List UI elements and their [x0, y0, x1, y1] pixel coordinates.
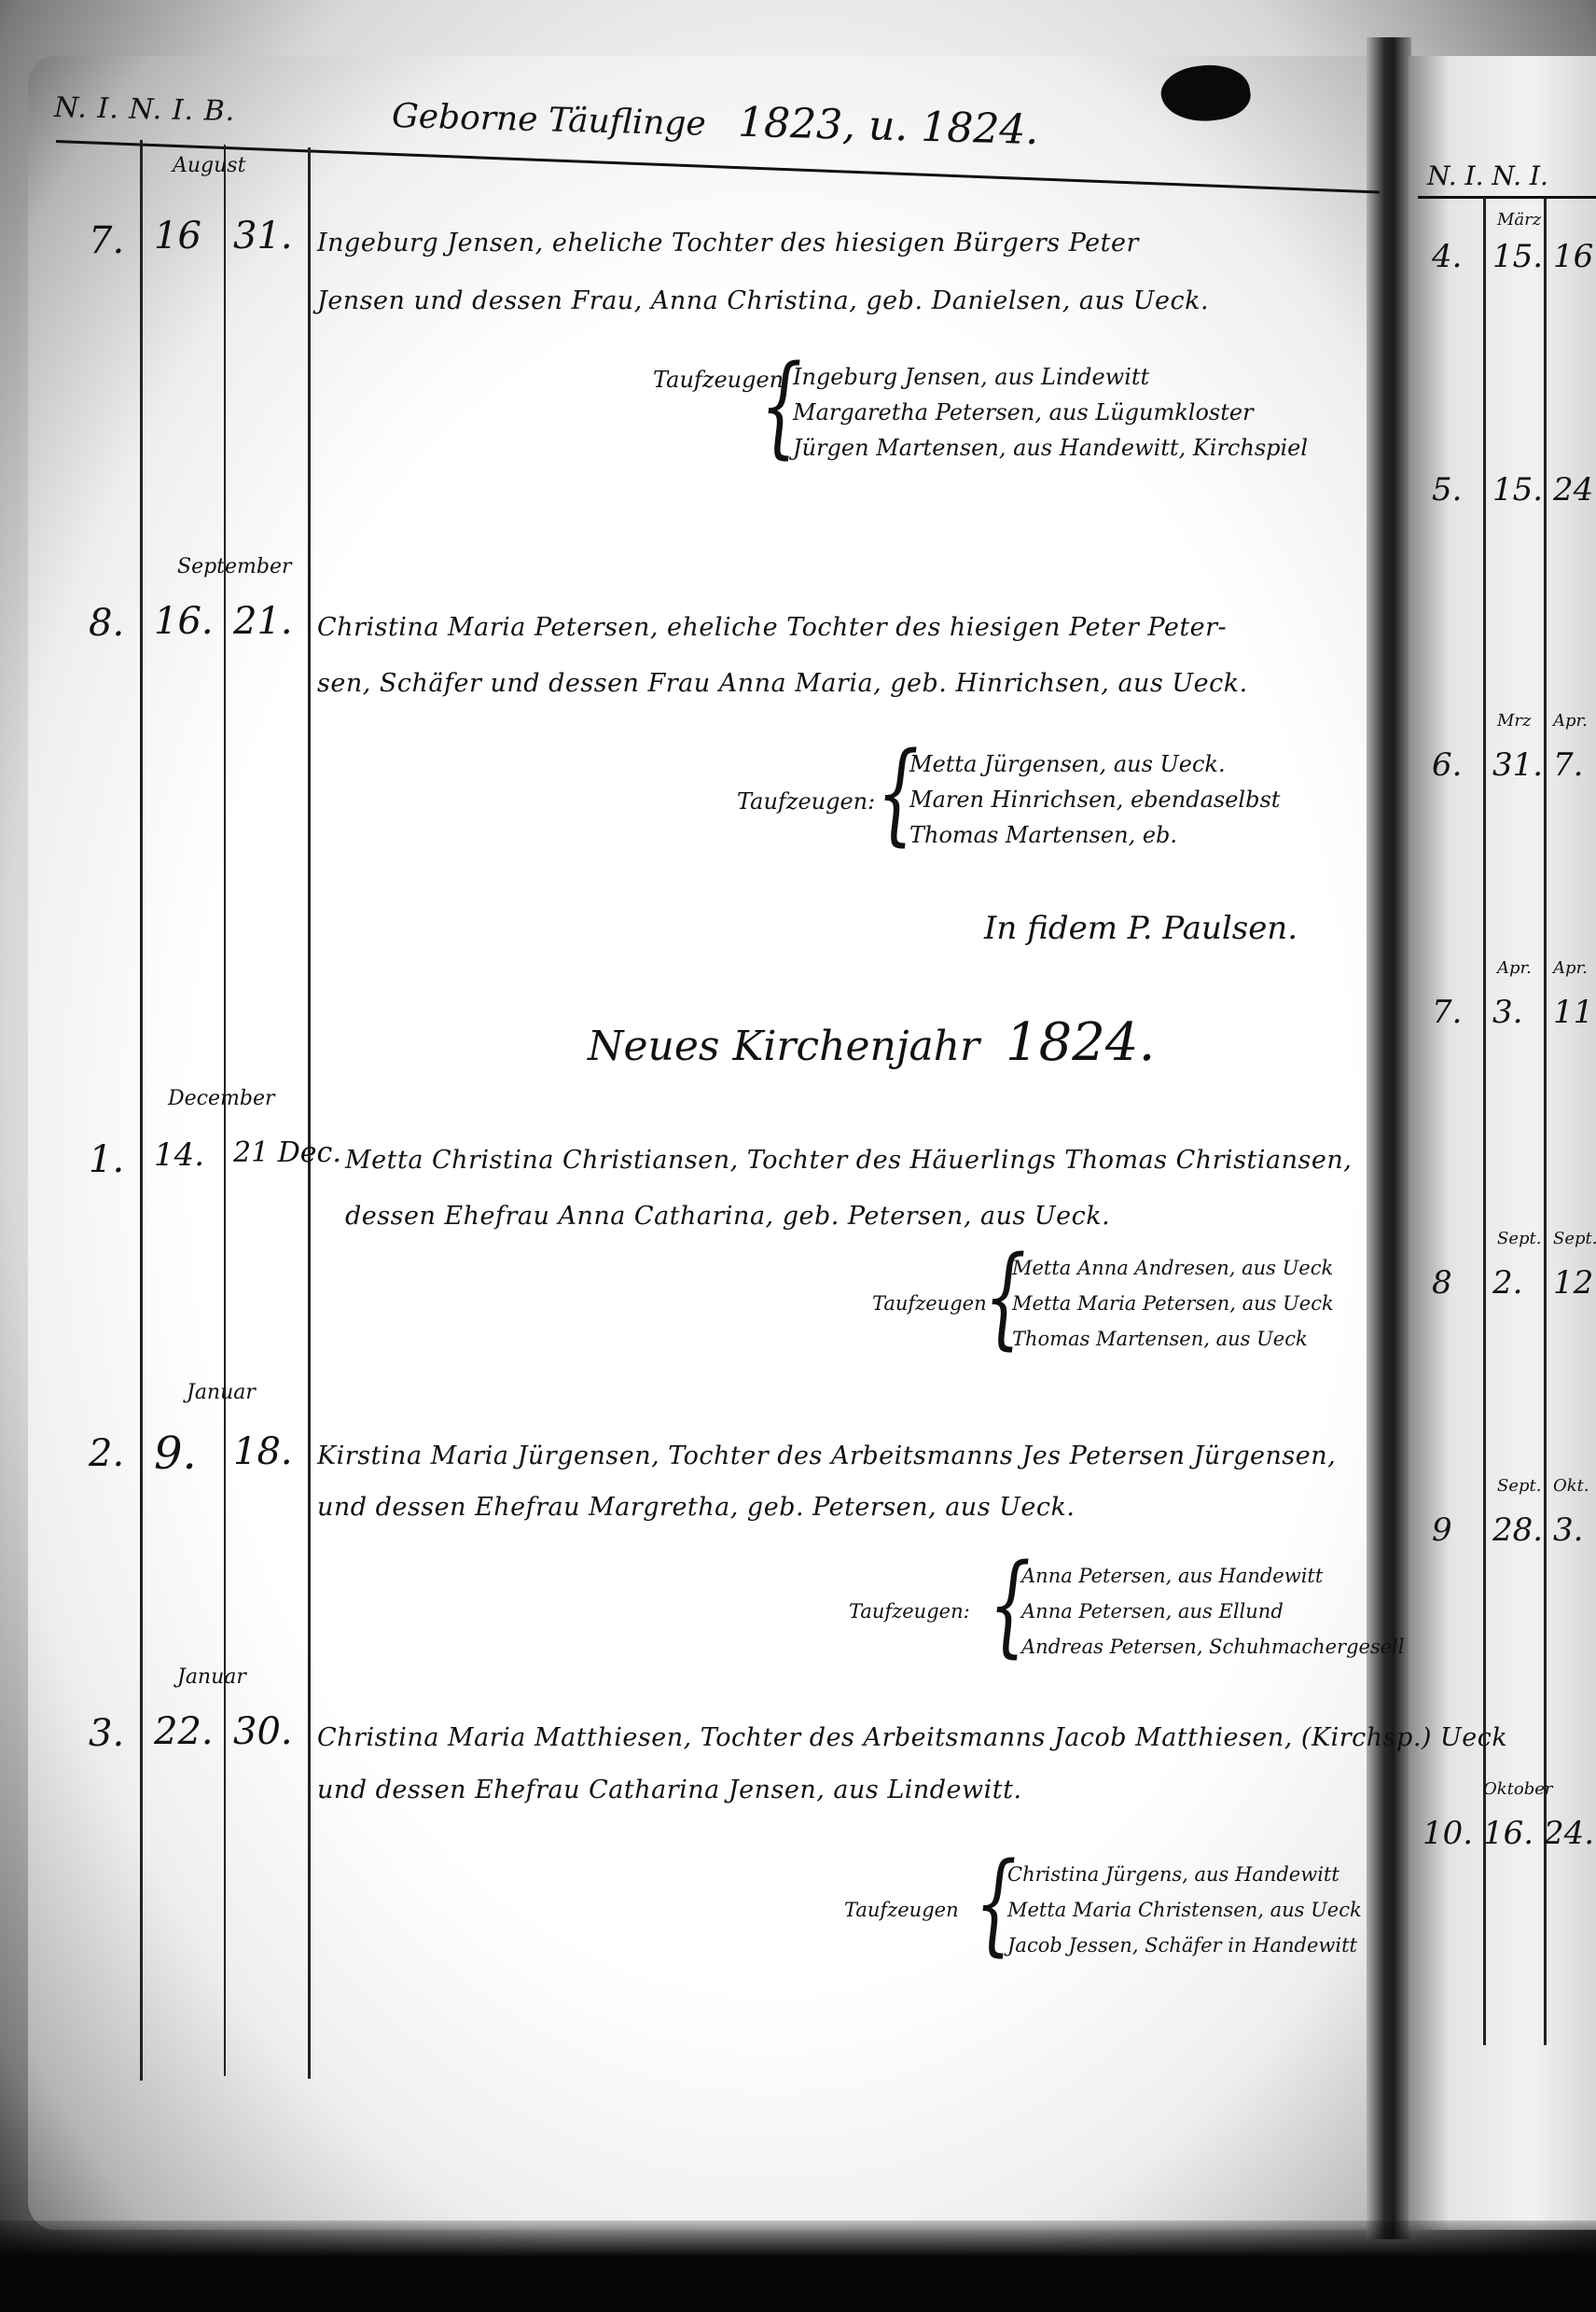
right-entry-month: Apr.	[1497, 958, 1532, 978]
entry-month: Januar	[187, 1381, 256, 1404]
right-entry-day: 24	[1553, 471, 1593, 508]
new-year-number: 1824.	[1006, 1012, 1155, 1073]
right-entry-month: Sept.	[1497, 1229, 1541, 1248]
entry-number: 3.	[89, 1712, 124, 1755]
right-entry-day: 15.	[1492, 471, 1543, 508]
entry-number: 7.	[89, 219, 124, 262]
baptism-day: 18.	[233, 1430, 293, 1473]
entry-text-line: Jensen und dessen Frau, Anna Christina, …	[317, 286, 1209, 315]
right-entry-day: 16.	[1483, 1815, 1534, 1852]
right-entry-day: 31.	[1492, 746, 1543, 784]
right-entry-day: 7.	[1553, 746, 1583, 784]
scan-bottom-edge	[0, 2221, 1596, 2312]
right-header-rule	[1418, 196, 1596, 199]
sponsors-label: Taufzeugen:	[737, 788, 875, 815]
right-entry-number: 10.	[1423, 1815, 1473, 1852]
sponsor-name: Margaretha Petersen, aus Lügumkloster	[793, 395, 1308, 430]
book-gutter	[1367, 37, 1411, 2239]
right-entry-day: 15.	[1492, 238, 1543, 275]
entry-number: 1.	[89, 1138, 124, 1181]
sponsors-list: Christina Jürgens, aus Handewitt Metta M…	[1007, 1857, 1362, 1963]
sponsor-name: Maren Hinrichsen, ebendaselbst	[909, 782, 1280, 817]
column-divider	[224, 145, 226, 2076]
right-entry-day: 3.	[1492, 994, 1522, 1031]
pastor-signature: In fidem P. Paulsen.	[984, 910, 1298, 947]
sponsor-name: Metta Maria Christensen, aus Ueck	[1007, 1892, 1362, 1928]
entry-text-line: sen, Schäfer und dessen Frau Anna Maria,…	[317, 669, 1248, 698]
entry-month: Januar	[177, 1665, 246, 1689]
right-entry-number: 5.	[1432, 471, 1462, 508]
right-entry-day: 28.	[1492, 1511, 1543, 1549]
entry-text-line: dessen Ehefrau Anna Catharina, geb. Pete…	[345, 1202, 1110, 1231]
right-page-column-header: N. I. N. I.	[1427, 160, 1548, 191]
baptism-day: 31.	[233, 215, 293, 258]
right-column-divider	[1483, 198, 1486, 2045]
entry-month: August	[173, 154, 245, 177]
baptism-day: 21 Dec.	[233, 1136, 341, 1169]
baptism-day: 30.	[233, 1710, 293, 1753]
right-entry-month: März	[1497, 210, 1541, 230]
sponsor-name: Thomas Martensen, aus Ueck	[1012, 1321, 1334, 1357]
right-entry-number: 4.	[1432, 238, 1462, 275]
entry-month: September	[177, 555, 292, 578]
baptism-day: 21.	[233, 600, 293, 643]
right-entry-number: 7.	[1432, 994, 1462, 1031]
entry-text-line: und dessen Ehefrau Catharina Jensen, aus…	[317, 1776, 1022, 1804]
right-entry-month: Sept.	[1553, 1229, 1596, 1248]
birth-day: 22.	[154, 1710, 214, 1753]
sponsor-name: Christina Jürgens, aus Handewitt	[1007, 1857, 1362, 1892]
sponsors-label: Taufzeugen	[872, 1292, 987, 1315]
sponsor-name: Metta Jürgensen, aus Ueck.	[909, 746, 1280, 782]
sponsors-list: Metta Anna Andresen, aus Ueck Metta Mari…	[1012, 1250, 1334, 1357]
entry-text-line: Metta Christina Christiansen, Tochter de…	[345, 1146, 1352, 1175]
birth-day: 9.	[154, 1428, 197, 1480]
title-text: Geborne Täuflinge	[392, 97, 707, 144]
right-column-divider	[1544, 198, 1547, 2045]
right-entry-day: 24.	[1544, 1815, 1594, 1852]
sponsors-list: Anna Petersen, aus Handewitt Anna Peters…	[1021, 1558, 1405, 1664]
right-entry-number: 8	[1432, 1264, 1452, 1302]
right-entry-month: Okt.	[1553, 1476, 1589, 1496]
sponsor-name: Andreas Petersen, Schuhmachergesell	[1021, 1629, 1405, 1664]
birth-day: 16	[154, 215, 201, 258]
right-entry-day: 16	[1553, 238, 1593, 275]
sponsor-name: Anna Petersen, aus Handewitt	[1021, 1558, 1405, 1594]
sponsors-list: Ingeburg Jensen, aus Lindewitt Margareth…	[793, 359, 1308, 466]
right-entry-number: 6.	[1432, 746, 1462, 784]
right-entry-month: Oktober	[1483, 1779, 1553, 1799]
sponsor-name: Jacob Jessen, Schäfer in Handewitt	[1007, 1928, 1362, 1963]
entry-month: December	[168, 1087, 274, 1110]
sponsor-name: Metta Maria Petersen, aus Ueck	[1012, 1286, 1334, 1321]
birth-day: 14.	[154, 1136, 204, 1174]
entry-text-line: Ingeburg Jensen, eheliche Tochter des hi…	[317, 229, 1139, 258]
sponsors-list: Metta Jürgensen, aus Ueck. Maren Hinrich…	[909, 746, 1280, 853]
sponsor-name: Anna Petersen, aus Ellund	[1021, 1594, 1405, 1629]
birth-day: 16.	[154, 600, 214, 643]
entry-text-line: und dessen Ehefrau Margretha, geb. Peter…	[317, 1493, 1075, 1522]
entry-text-line: Kirstina Maria Jürgensen, Tochter des Ar…	[317, 1442, 1336, 1470]
right-entry-day: 2.	[1492, 1264, 1522, 1302]
new-church-year-heading: Neues Kirchenjahr 1824.	[588, 1012, 1155, 1073]
sponsor-name: Ingeburg Jensen, aus Lindewitt	[793, 359, 1308, 395]
right-entry-day: 3.	[1553, 1511, 1583, 1549]
right-page-edge	[1409, 56, 1596, 2230]
column-header-labels: N. I. N. I. B.	[54, 91, 236, 128]
right-entry-month: Mrz	[1497, 711, 1532, 731]
new-year-label: Neues Kirchenjahr	[588, 1023, 979, 1070]
right-entry-day: 11	[1553, 994, 1593, 1031]
right-entry-month: Apr.	[1553, 711, 1588, 731]
right-entry-month: Sept.	[1497, 1476, 1541, 1496]
right-entry-month: Apr.	[1553, 958, 1588, 978]
right-entry-day: 12.	[1553, 1264, 1596, 1302]
title-years: 1823, u. 1824.	[738, 99, 1039, 154]
column-divider	[308, 147, 311, 2079]
sponsor-name: Metta Anna Andresen, aus Ueck	[1012, 1250, 1334, 1286]
right-entry-number: 9	[1432, 1511, 1452, 1549]
column-divider	[140, 140, 143, 2081]
sponsor-name: Jürgen Martensen, aus Handewitt, Kirchsp…	[793, 430, 1308, 466]
sponsors-label: Taufzeugen:	[849, 1600, 970, 1623]
sponsors-label: Taufzeugen	[844, 1899, 959, 1921]
entry-number: 8.	[89, 602, 124, 645]
entry-text-line: Christina Maria Petersen, eheliche Tocht…	[317, 613, 1227, 642]
entry-number: 2.	[89, 1432, 124, 1475]
entry-text-line: Christina Maria Matthiesen, Tochter des …	[317, 1723, 1507, 1752]
sponsor-name: Thomas Martensen, eb.	[909, 817, 1280, 853]
